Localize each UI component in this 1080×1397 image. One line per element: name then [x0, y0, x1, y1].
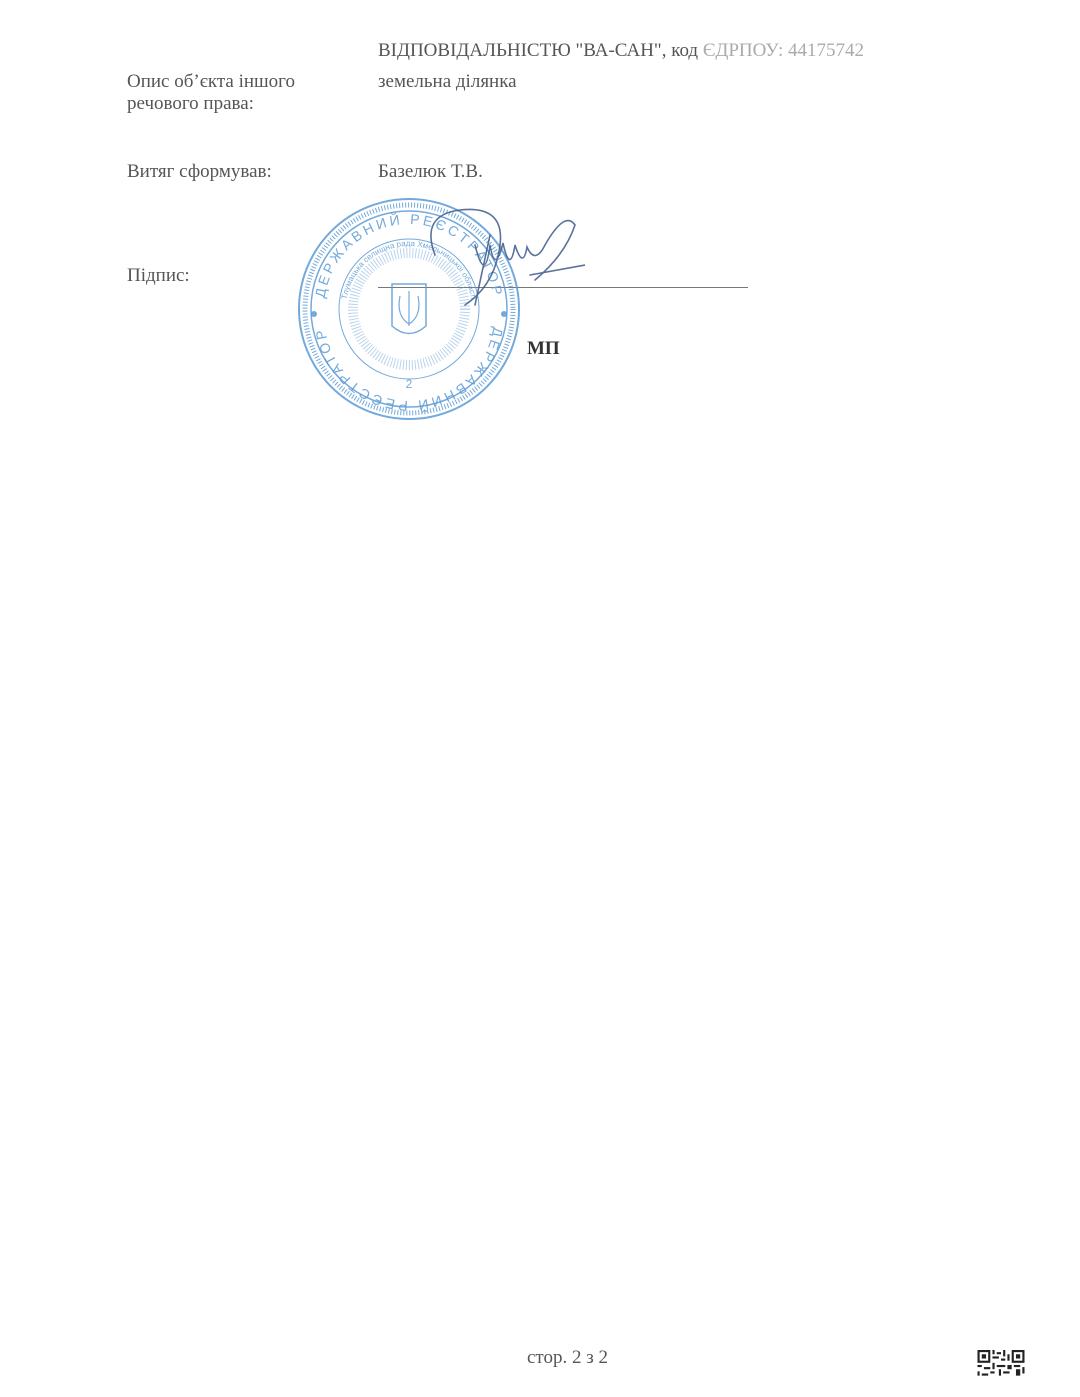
creator-value: Базелюк Т.В. [378, 161, 483, 183]
owner-line: ВІДПОВІДАЛЬНІСТЮ "ВА-САН", код ЄДРПОУ: 4… [378, 40, 864, 62]
owner-line-tail: ЄДРПОУ: 44175742 [703, 40, 864, 61]
seal-mark: МП [527, 338, 560, 360]
svg-text:ДЕРЖАВНИЙ РЕЄСТРАТОР: ДЕРЖАВНИЙ РЕЄСТРАТОР [312, 326, 507, 415]
svg-text:2: 2 [406, 377, 413, 391]
signature-label: Підпис: [127, 265, 190, 287]
page-number: стор. 2 з 2 [527, 1347, 608, 1369]
description-value: земельна ділянка [378, 71, 517, 93]
description-label: Опис об’єкта іншого речового права: [127, 71, 357, 115]
qr-code-icon [957, 1350, 1045, 1397]
handwritten-signature-icon [415, 205, 585, 315]
creator-label: Витяг сформував: [127, 161, 272, 183]
owner-line-main: ВІДПОВІДАЛЬНІСТЮ "ВА-САН", код [378, 40, 703, 61]
